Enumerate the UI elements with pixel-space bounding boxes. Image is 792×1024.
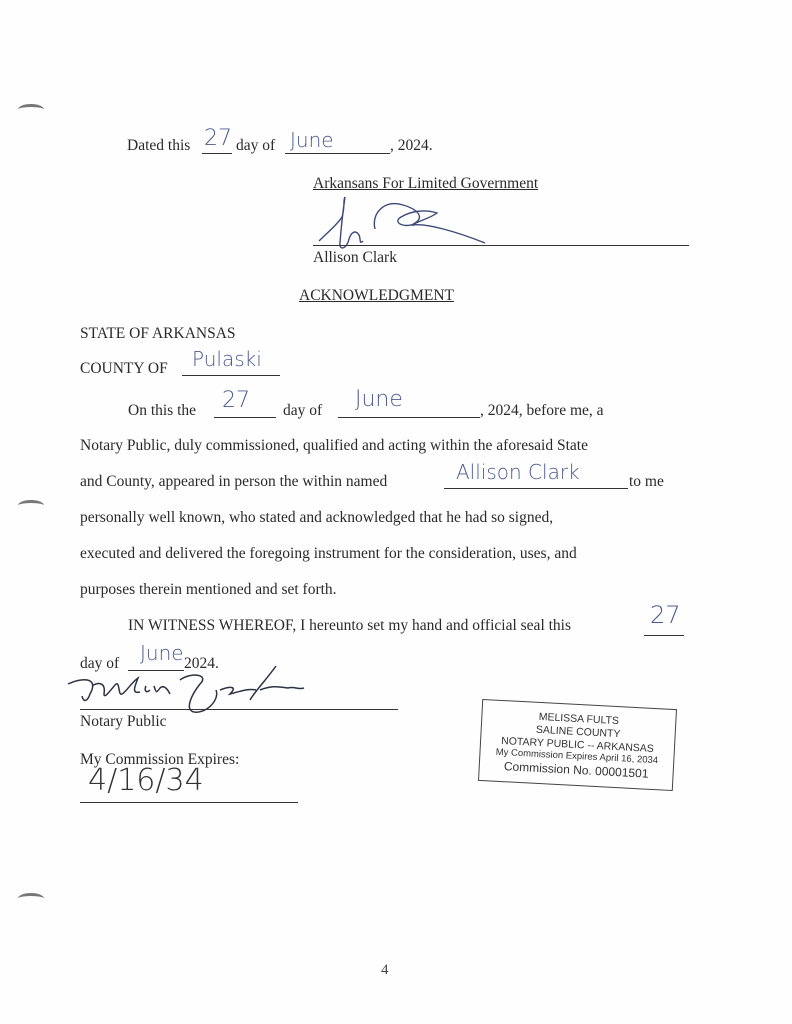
hole-punch-mark: [18, 893, 44, 904]
ack-month-blank: [338, 417, 480, 418]
ack-month-handwritten: June: [355, 389, 403, 411]
acknowledgment-heading: ACKNOWLEDGMENT: [299, 288, 454, 304]
notary-signature-line: [80, 709, 398, 710]
ack-line4: personally well known, who stated and ac…: [80, 510, 553, 526]
witness-line-prefix: IN WITNESS WHEREOF, I hereunto set my ha…: [128, 618, 571, 634]
county-blank: [182, 375, 280, 376]
dated-day-blank: [202, 153, 232, 154]
ack-name-handwritten: Allison Clark: [456, 462, 580, 482]
ack-line1-suffix: , 2024, before me, a: [480, 403, 604, 419]
ack-day-handwritten: 27: [222, 390, 250, 412]
ack-line1-prefix: On this the: [128, 403, 196, 419]
ack-line3-prefix: and County, appeared in person the withi…: [80, 474, 387, 490]
ack-line6: purposes therein mentioned and set forth…: [80, 582, 337, 598]
notary-stamp: MELISSA FULTS SALINE COUNTY NOTARY PUBLI…: [478, 699, 677, 791]
county-label: COUNTY OF: [80, 361, 168, 377]
ack-line5: executed and delivered the foregoing ins…: [80, 546, 577, 562]
page-number: 4: [381, 962, 389, 979]
organization-name: Arkansans For Limited Government: [313, 176, 538, 192]
dated-prefix: Dated this: [127, 138, 190, 154]
commission-blank: [80, 802, 298, 803]
dated-month-blank: [285, 153, 390, 154]
notary-label: Notary Public: [80, 714, 167, 730]
state-line: STATE OF ARKANSAS: [80, 326, 236, 342]
witness-day-blank: [644, 635, 684, 636]
ack-line3-suffix: to me: [629, 474, 664, 490]
hole-punch-mark: [18, 104, 44, 115]
document-page: Dated this 27 day of June , 2024. Arkans…: [0, 0, 792, 1024]
notary-signature: [60, 660, 360, 720]
signer-signature: [315, 195, 575, 255]
dated-day-handwritten: 27: [204, 128, 232, 150]
signer-signature-line: [313, 245, 689, 246]
ack-day-blank: [214, 417, 276, 418]
commission-value-handwritten: 4/16/34: [88, 766, 204, 796]
dated-month-handwritten: June: [290, 130, 334, 150]
ack-line2: Notary Public, duly commissioned, qualif…: [80, 438, 588, 454]
hole-punch-mark: [18, 500, 44, 511]
ack-line1-mid: day of: [283, 403, 322, 419]
dated-mid: day of: [236, 138, 275, 154]
witness-day-handwritten: 27: [650, 603, 681, 627]
county-value-handwritten: Pulaski: [192, 349, 262, 369]
dated-suffix: , 2024.: [390, 138, 433, 154]
signer-name: Allison Clark: [313, 250, 397, 266]
ack-name-blank: [444, 488, 628, 489]
